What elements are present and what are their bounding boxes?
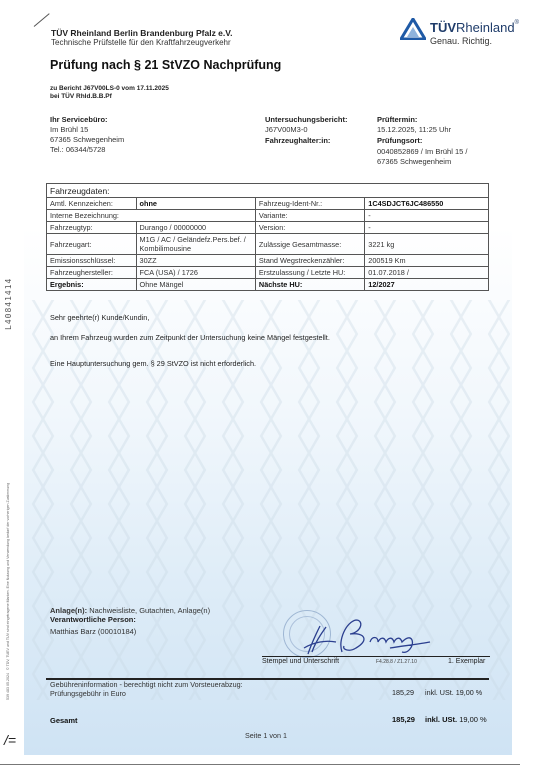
table-row: Fahrzeugtyp: Durango / 00000000 Version:…	[47, 222, 489, 234]
letter-body: an Ihrem Fahrzeug wurden zum Zeitpunkt d…	[50, 333, 330, 342]
table-row: Emissionsschlüssel: 30ZZ Stand Wegstreck…	[47, 255, 489, 267]
attachments: Anlage(n): Nachweisliste, Gutachten, Anl…	[50, 606, 210, 615]
page-edge-line	[0, 764, 520, 765]
table-row: Amtl. Kennzeichen: ohne Fahrzeug-Ident-N…	[47, 198, 489, 210]
cell-value: 01.07.2018 /	[365, 267, 489, 279]
service-office-street: Im Brühl 15	[50, 125, 88, 134]
signature-label: Stempel und Unterschrift	[262, 658, 339, 665]
document-title: Prüfung nach § 21 StVZO Nachprüfung	[50, 58, 281, 72]
signature-line	[262, 656, 490, 657]
next-inspection-value: 12/2027	[365, 279, 489, 291]
service-office-label: Ihr Servicebüro:	[50, 115, 108, 124]
cell-value: FCA (USA) / 1726	[136, 267, 255, 279]
table-row: Fahrzeughersteller: FCA (USA) / 1726 Ers…	[47, 267, 489, 279]
vehicle-data-table: Fahrzeugdaten: Amtl. Kennzeichen: ohne F…	[46, 183, 489, 291]
legal-text: © TÜV, TUEV und TUV sind eingetragene Ma…	[6, 483, 10, 670]
form-id: 539 483 05.2024	[6, 673, 10, 700]
reference-office: bei TÜV Rhld.B.B.Pf	[50, 93, 112, 100]
next-inspection-label: Nächste HU:	[255, 279, 364, 291]
responsible-label: Verantwortliche Person:	[50, 615, 136, 624]
inspection-place-line2: 67365 Schwegenheim	[377, 157, 451, 166]
total-vat: inkl. USt. 19,00 %	[425, 715, 487, 724]
result-label: Ergebnis:	[47, 279, 137, 291]
cell-value: 30ZZ	[136, 255, 255, 267]
form-code: F4.28.8 / Z1.27.10	[376, 659, 417, 665]
cell-label: Fahrzeugtyp:	[47, 222, 137, 234]
vehicle-holder-label: Fahrzeughalter:in:	[265, 136, 330, 145]
cell-label: Fahrzeugart:	[47, 234, 137, 255]
report-label: Untersuchungsbericht:	[265, 115, 348, 124]
cell-value: -	[365, 210, 489, 222]
organization-subtitle: Technische Prüfstelle für den Kraftfahrz…	[51, 38, 231, 47]
organization-name: TÜV Rheinland Berlin Brandenburg Pfalz e…	[51, 28, 233, 38]
cell-value: Durango / 00000000	[136, 222, 255, 234]
letter-note: Eine Hauptuntersuchung gem. § 29 StVZO i…	[50, 359, 256, 368]
logo-wordmark: TÜVRheinland®	[430, 20, 519, 35]
cell-label: Interne Bezeichnung:	[47, 210, 256, 222]
fee-info: Gebühreninformation - berechtigt nicht z…	[50, 680, 243, 689]
fee-item-label: Prüfungsgebühr in Euro	[50, 689, 126, 698]
cell-value: ohne	[136, 198, 255, 210]
letter-salutation: Sehr geehrte(r) Kunde/Kundin,	[50, 313, 149, 322]
cell-label: Stand Wegstreckenzähler:	[255, 255, 364, 267]
table-heading: Fahrzeugdaten:	[47, 184, 489, 198]
inspection-place-label: Prüfungsort:	[377, 136, 422, 145]
cell-label: Zulässige Gesamtmasse:	[255, 234, 364, 255]
tuv-rheinland-logo: TÜVRheinland® Genau. Richtig.	[400, 16, 540, 50]
cell-value: 1C4SDJCT6JC486550	[365, 198, 489, 210]
cell-label: Version:	[255, 222, 364, 234]
inspection-date-label: Prüftermin:	[377, 115, 417, 124]
attachments-label: Anlage(n):	[50, 606, 87, 615]
total-label: Gesamt	[50, 716, 78, 725]
table-row: Interne Bezeichnung: Variante: -	[47, 210, 489, 222]
logo-claim: Genau. Richtig.	[430, 36, 492, 46]
cell-value: -	[365, 222, 489, 234]
table-row-result: Ergebnis: Ohne Mängel Nächste HU: 12/202…	[47, 279, 489, 291]
tuv-triangle-icon	[400, 18, 426, 40]
report-number: J67V00M3-0	[265, 125, 308, 134]
cell-label: Erstzulassung / Letzte HU:	[255, 267, 364, 279]
cell-value: 200519 Km	[365, 255, 489, 267]
table-heading-row: Fahrzeugdaten:	[47, 184, 489, 198]
inspection-date: 15.12.2025, 11:25 Uhr	[377, 125, 451, 134]
cell-label: Fahrzeughersteller:	[47, 267, 137, 279]
fee-item-amount: 185,29	[392, 688, 414, 697]
signature-icon	[290, 612, 440, 657]
attachments-value: Nachweisliste, Gutachten, Anlage(n)	[89, 606, 210, 615]
total-amount: 185,29	[392, 715, 415, 724]
legal-notice: 539 483 05.2024 © TÜV, TUEV und TUV sind…	[6, 483, 10, 700]
responsible-person: Matthias Barz (00010184)	[50, 627, 136, 636]
cell-value: 3221 kg	[365, 234, 489, 255]
table-row: Fahrzeugart: M1G / AC / Geländefz.Pers.b…	[47, 234, 489, 255]
result-value: Ohne Mängel	[136, 279, 255, 291]
fee-item-vat: inkl. USt. 19,00 %	[425, 688, 482, 697]
service-office-phone: Tel.: 06344/5728	[50, 145, 105, 154]
serial-number: L40841414	[4, 278, 13, 330]
copy-label: 1. Exemplar	[448, 658, 485, 665]
cell-label: Emissionsschlüssel:	[47, 255, 137, 267]
reference-line: zu Bericht J67V00LS-0 vom 17.11.2025	[50, 85, 169, 92]
service-office-city: 67365 Schwegenheim	[50, 135, 124, 144]
cell-label: Fahrzeug-Ident-Nr.:	[255, 198, 364, 210]
page-number: Seite 1 von 1	[245, 731, 287, 740]
inspection-place-line1: 0040852869 / Im Brühl 15 /	[377, 147, 467, 156]
margin-mark-icon: /=	[4, 732, 16, 748]
cell-label: Amtl. Kennzeichen:	[47, 198, 137, 210]
cell-value: M1G / AC / Geländefz.Pers.bef. / Kombili…	[136, 234, 255, 255]
cell-label: Variante:	[255, 210, 364, 222]
